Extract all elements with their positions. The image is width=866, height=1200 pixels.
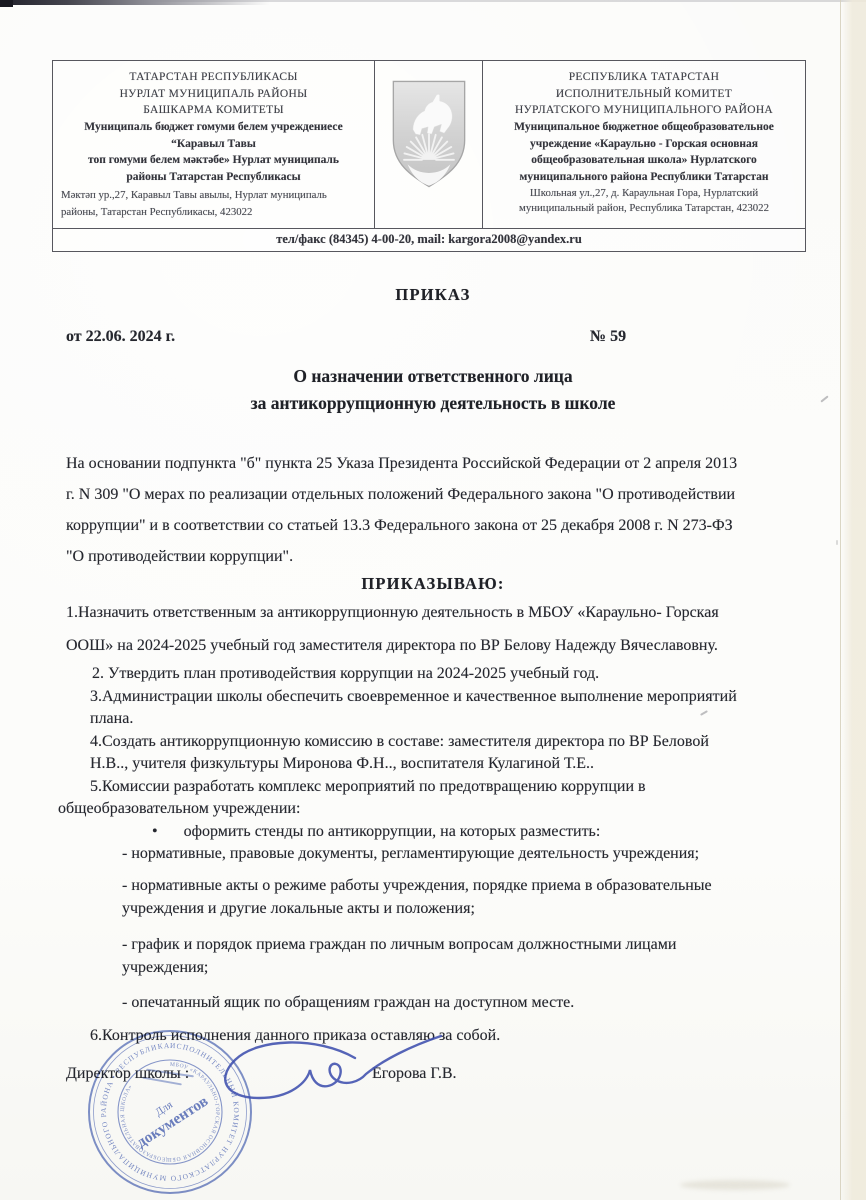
org-line: БАШКАРМА КОМИТЕТЫ bbox=[61, 102, 366, 119]
order-item-line: 2. Утвердить план противодействия корруп… bbox=[92, 665, 599, 683]
school-name-line: районы Татарстан Республикасы bbox=[61, 169, 366, 186]
coat-of-arms-icon bbox=[388, 75, 470, 193]
bullet-icon: • bbox=[152, 823, 158, 840]
doc-number: № 59 bbox=[590, 328, 626, 346]
preamble-line: г. N 309 "О мерах по реализации отдельны… bbox=[66, 486, 735, 504]
address-line: муниципальный район, Республика Татарста… bbox=[491, 201, 797, 217]
school-name-line: общеобразовательная школа» Нурлатского bbox=[491, 152, 797, 169]
order-item-line: ООШ» на 2024-2025 учебный год заместител… bbox=[66, 637, 718, 655]
resolution-word: ПРИКАЗЫВАЮ: bbox=[0, 574, 866, 594]
letterhead-emblem-cell bbox=[375, 61, 483, 228]
order-item-line: 4.Создать антикоррупционную комиссию в с… bbox=[90, 733, 709, 751]
school-name-line: муниципального района Республики Татарст… bbox=[491, 169, 797, 186]
org-line: ТАТАРСТАН РЕСПУБЛИКАСЫ bbox=[61, 69, 366, 86]
org-line: НУРЛАТСКОГО МУНИЦИПАЛЬНОГО РАЙОНА bbox=[491, 102, 797, 119]
scan-smudge-top-left bbox=[0, 0, 270, 5]
dash-item-line: учреждения и другие локальные акты и пол… bbox=[122, 900, 475, 918]
letterhead: ТАТАРСТАН РЕСПУБЛИКАСЫ НУРЛАТ МУНИЦИПАЛЬ… bbox=[52, 60, 806, 252]
scan-speck bbox=[700, 710, 708, 716]
school-name-line: “Каравыл Тавы bbox=[61, 136, 366, 153]
letterhead-russian-column: РЕСПУБЛИКА ТАТАРСТАН ИСПОЛНИТЕЛЬНЫЙ КОМИ… bbox=[483, 61, 805, 228]
dash-item-line: учреждения; bbox=[122, 959, 208, 977]
preamble-line: На основании подпункта "б" пункта 25 Ука… bbox=[66, 455, 737, 473]
preamble-line: коррупции" и в соответствии со статьей 1… bbox=[66, 517, 733, 535]
preamble-line: "О противодействии коррупции". bbox=[66, 548, 293, 566]
school-name-line: Муниципальное бюджетное общеобразователь… bbox=[491, 119, 797, 136]
scan-smudge-bottom bbox=[680, 1180, 790, 1190]
order-item-line: плана. bbox=[90, 710, 133, 728]
handwritten-signature bbox=[195, 1030, 445, 1115]
scan-edge-right bbox=[840, 0, 866, 1200]
org-line: РЕСПУБЛИКА ТАТАРСТАН bbox=[491, 69, 797, 86]
scanned-order-document: ТАТАРСТАН РЕСПУБЛИКАСЫ НУРЛАТ МУНИЦИПАЛЬ… bbox=[0, 0, 866, 1200]
doc-type-title: ПРИКАЗ bbox=[0, 285, 866, 305]
letterhead-tatar-column: ТАТАРСТАН РЕСПУБЛИКАСЫ НУРЛАТ МУНИЦИПАЛЬ… bbox=[53, 61, 375, 228]
dash-item-line: - опечатанный ящик по обращениям граждан… bbox=[122, 994, 574, 1012]
doc-date: от 22.06. 2024 г. bbox=[66, 328, 175, 346]
school-name-line: Муниципаль бюджет гомуми белем учреждени… bbox=[61, 119, 366, 136]
address-line: районы, Татарстан Республикасы, 423022 bbox=[61, 205, 366, 221]
school-name-line: учреждение «Караульно - Горская основная bbox=[491, 136, 797, 153]
contact-line: тел/факс (84345) 4-00-20, mail: kargora2… bbox=[53, 228, 805, 251]
scan-speck bbox=[836, 540, 838, 545]
org-line: НУРЛАТ МУНИЦИПАЛЬ РАЙОНЫ bbox=[61, 86, 366, 103]
order-item-line: общеобразовательном учреждении: bbox=[58, 800, 300, 818]
subject-line: за антикоррупционную деятельность в школ… bbox=[0, 393, 866, 414]
order-item-line: Н.В.., учителя физкультуры Миронова Ф.Н.… bbox=[90, 755, 594, 773]
scan-notch-left bbox=[0, 0, 13, 7]
address-line: Школьная ул.,27, д. Караульная Гора, Нур… bbox=[491, 186, 797, 202]
subject-line: О назначении ответственного лица bbox=[0, 366, 866, 387]
school-name-line: топ гомуми белем мәктәбе» Нурлат муницип… bbox=[61, 152, 366, 169]
bullet-item-text: оформить стенды по антикоррупции, на кот… bbox=[184, 823, 601, 840]
order-item-line: 5.Комиссии разработать комплекс мероприя… bbox=[90, 778, 646, 796]
bullet-item-line: •оформить стенды по антикоррупции, на ко… bbox=[152, 823, 600, 841]
dash-item-line: - нормативные, правовые документы, регла… bbox=[122, 845, 699, 863]
org-line: ИСПОЛНИТЕЛЬНЫЙ КОМИТЕТ bbox=[491, 86, 797, 103]
order-item-line: 1.Назначить ответственным за антикоррупц… bbox=[66, 604, 719, 622]
dash-item-line: - график и порядок приема граждан по лич… bbox=[122, 936, 676, 954]
address-line: Мәктәп ур.,27, Каравыл Тавы авылы, Нурла… bbox=[61, 188, 366, 204]
dash-item-line: - нормативные акты о режиме работы учреж… bbox=[122, 877, 712, 895]
order-item-line: 3.Администрации школы обеспечить своевре… bbox=[90, 688, 737, 706]
